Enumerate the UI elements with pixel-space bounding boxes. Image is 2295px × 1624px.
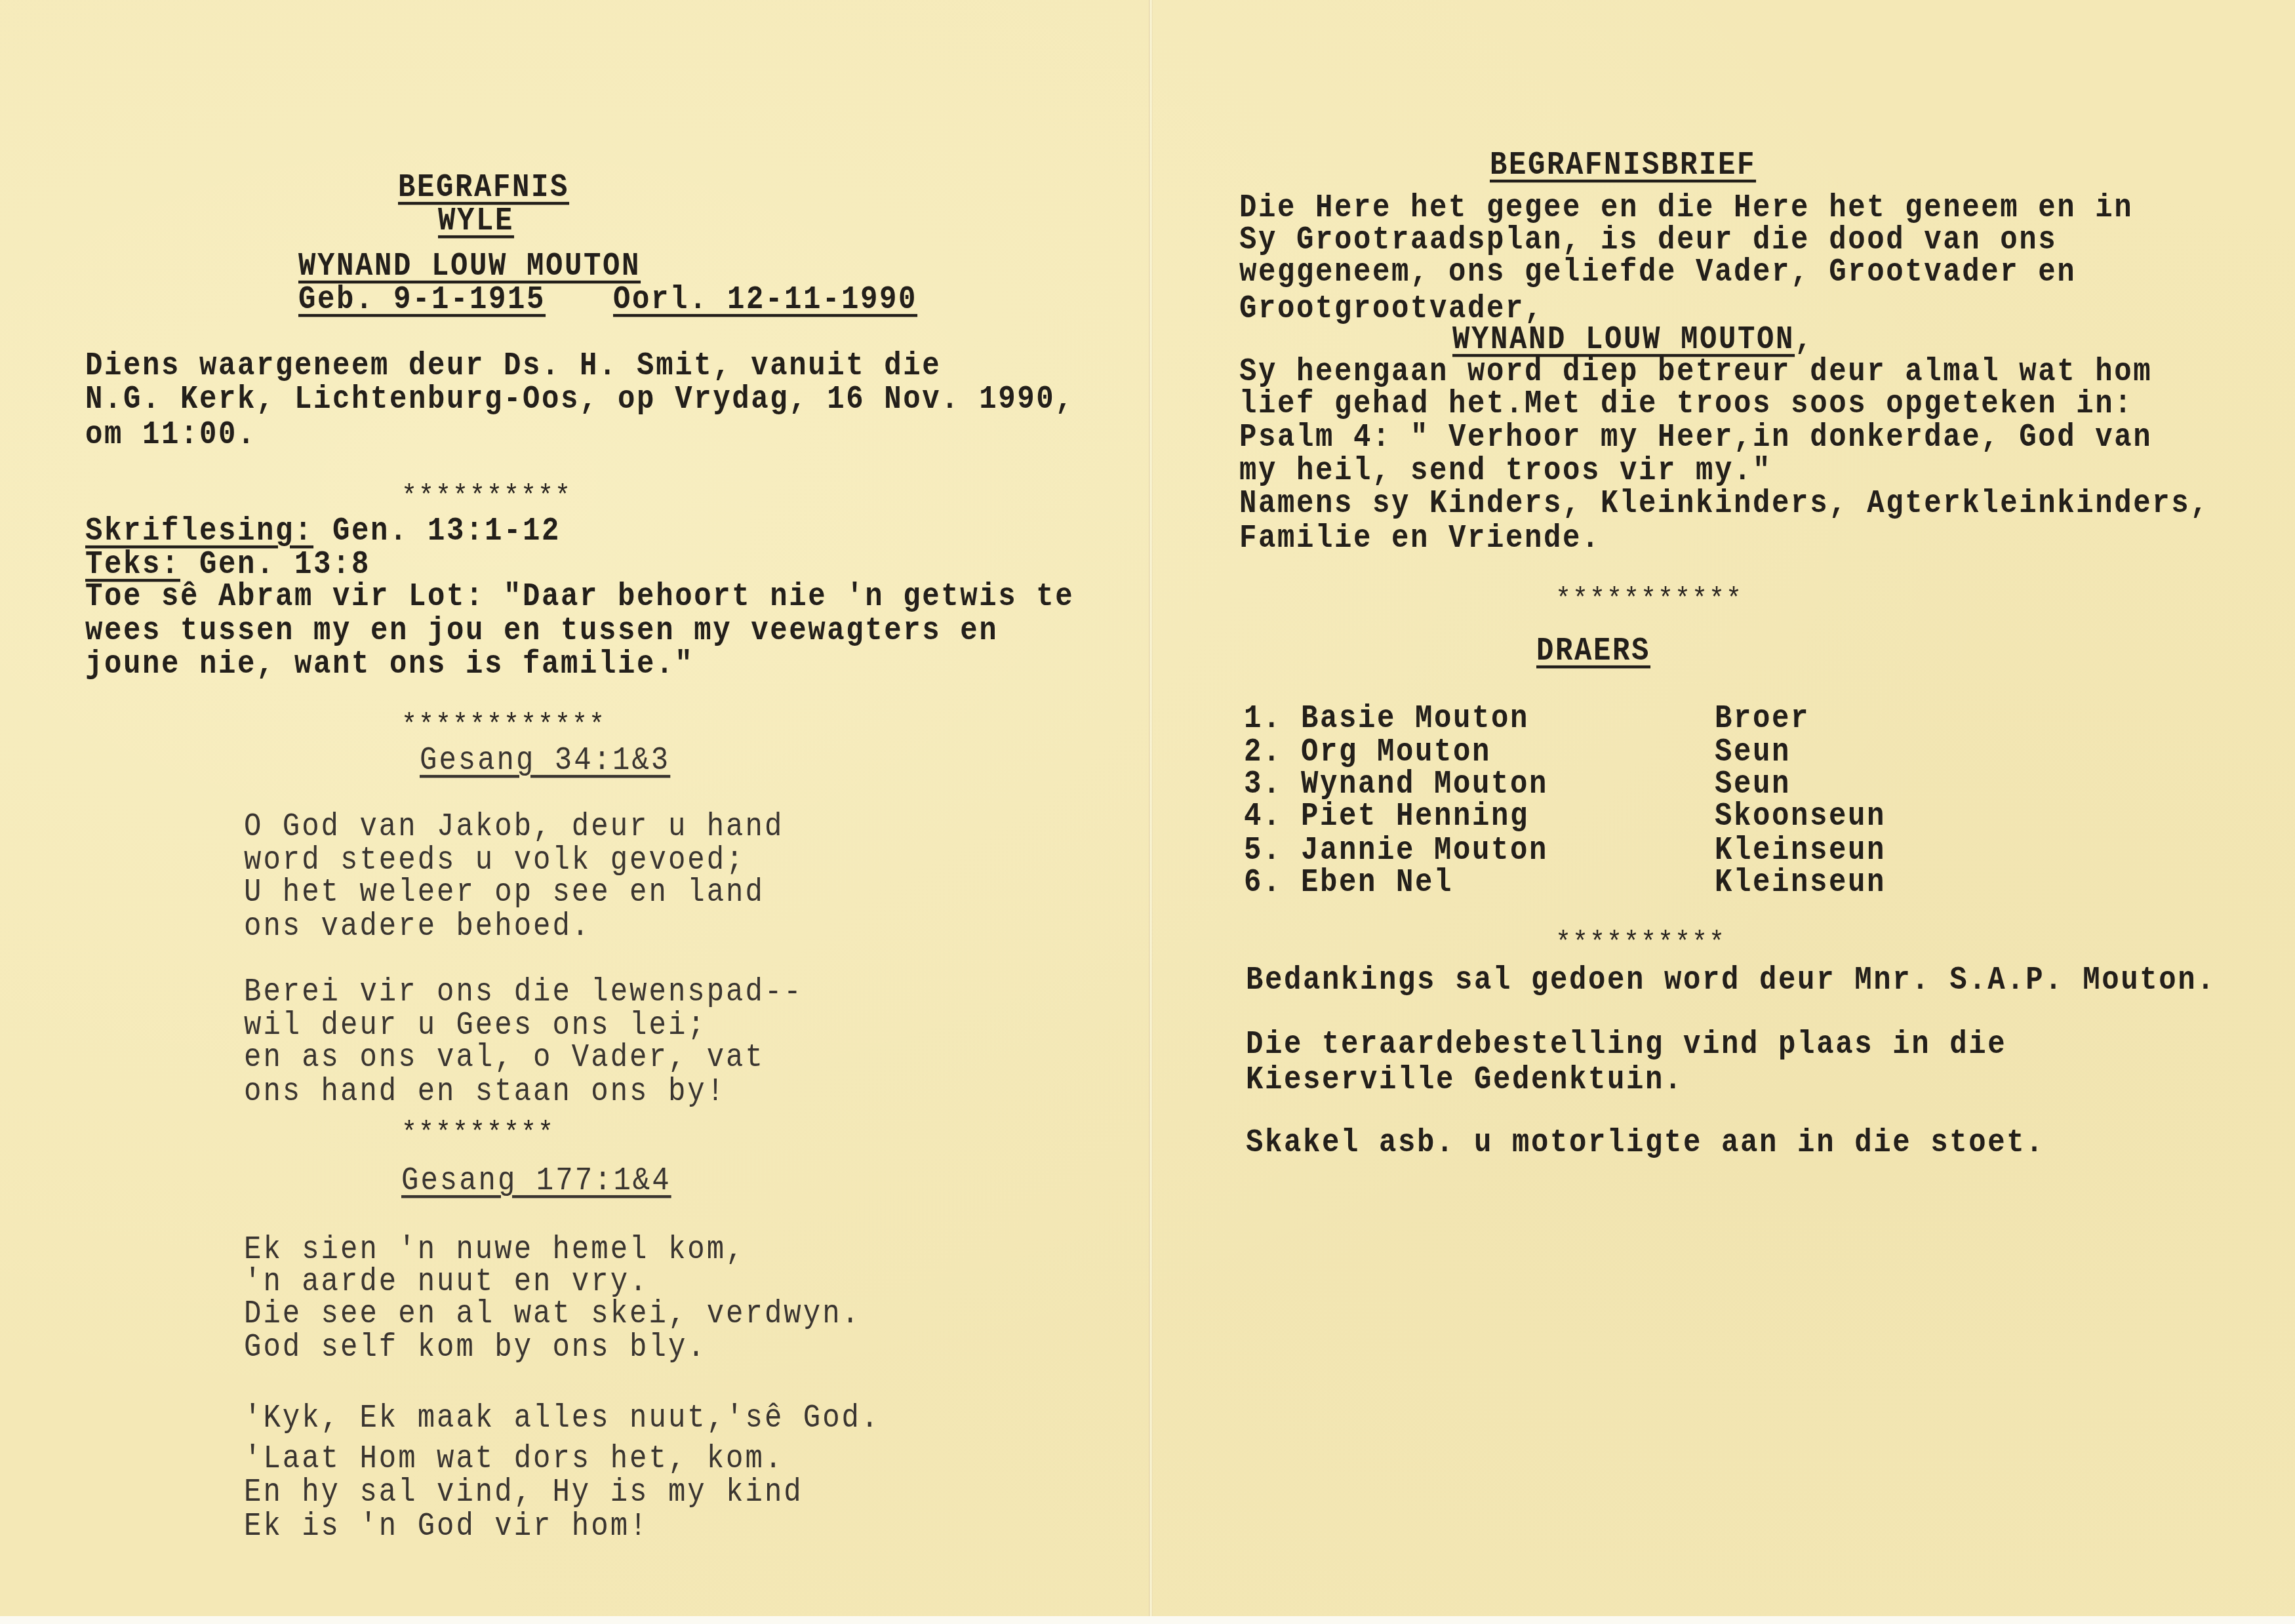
service-line: N.G. Kerk, Lichtenburg-Oos, op Vrydag, 1… <box>85 384 1074 416</box>
hymn-2-line: 'n aarde nuut en vry. <box>244 1266 649 1298</box>
separator: ********** <box>401 481 572 513</box>
letter-line: Sy Grootraadsplan, is deur die dood van … <box>1239 224 2057 256</box>
letter-line: Die Here het gegee en die Here het genee… <box>1239 192 2133 224</box>
letter-line: Sy heengaan word diep betreur deur almal… <box>1239 356 2152 388</box>
hymn-1-line: Berei vir ons die lewenspad-- <box>244 976 803 1008</box>
letter-line: my heil, send troos vir my." <box>1239 455 1772 487</box>
scripture-reading: Skriflesing: Gen. 13:1-12 <box>85 515 561 547</box>
letter-line: lief gehad het.Met die troos soos opgete… <box>1239 388 2133 420</box>
separator: *********** <box>1555 584 1743 616</box>
page-fold <box>1149 0 1153 1616</box>
bearer-relation: Skoonseun <box>1715 801 1886 833</box>
separator: ************ <box>401 710 606 742</box>
bearer-name: 6. Eben Nel <box>1244 867 1453 899</box>
bearer-name: 1. Basie Mouton <box>1244 703 1529 735</box>
scripture-label: Skriflesing: <box>85 513 313 550</box>
burial-line: Die teraardebestelling vind plaas in die <box>1246 1029 2006 1061</box>
text-value: Gen. 13:8 <box>180 547 370 584</box>
funeral-subtitle: WYLE <box>438 205 514 237</box>
letter-line: weggeneem, ons geliefde Vader, Grootvade… <box>1239 256 2076 288</box>
quote-line: wees tussen my en jou en tussen my veewa… <box>85 615 998 647</box>
hymn-2-line: En hy sal vind, Hy is my kind <box>244 1476 803 1509</box>
letter-line: Psalm 4: " Verhoor my Heer,in donkerdae,… <box>1239 422 2152 454</box>
funeral-title: BEGRAFNIS <box>398 172 569 204</box>
bearer-name: 5. Jannie Mouton <box>1244 835 1548 867</box>
bearer-relation: Seun <box>1715 768 1791 801</box>
separator: ********** <box>1555 928 1726 960</box>
hymn-1-line: O God van Jakob, deur u hand <box>244 811 784 843</box>
hymn-2-line: Ek sien 'n nuwe hemel kom, <box>244 1234 746 1266</box>
hymn-1-line: ons vadere behoed. <box>244 911 591 943</box>
letter-name-comma: , <box>1795 322 1814 359</box>
bearer-name: 3. Wynand Mouton <box>1244 768 1548 801</box>
hymn-2-line: God self kom by ons bly. <box>244 1332 707 1364</box>
sermon-text: Teks: Gen. 13:8 <box>85 549 370 581</box>
service-line: Diens waargeneem deur Ds. H. Smit, vanui… <box>85 350 941 382</box>
hymn-1-title: Gesang 34:1&3 <box>420 745 670 777</box>
headlights-note: Skakel asb. u motorligte aan in die stoe… <box>1246 1127 2045 1159</box>
text-label: Teks: <box>85 547 180 584</box>
deceased-name: WYNAND LOUW MOUTON <box>298 250 641 283</box>
bearer-name: 4. Piet Henning <box>1244 801 1529 833</box>
hymn-1-line: wil deur u Gees ons lei; <box>244 1010 707 1042</box>
bearer-relation: Broer <box>1715 703 1810 735</box>
bearers-title: DRAERS <box>1536 635 1650 667</box>
hymn-2-title: Gesang 177:1&4 <box>401 1165 671 1197</box>
letter-line: Namens sy Kinders, Kleinkinders, Agterkl… <box>1239 488 2209 520</box>
scan-edge <box>0 1616 2295 1624</box>
letter-line: Familie en Vriende. <box>1239 523 1601 555</box>
hymn-1-line: en as ons val, o Vader, vat <box>244 1042 765 1074</box>
hymn-1-line: ons hand en staan ons by! <box>244 1076 726 1108</box>
burial-line: Kieserville Gedenktuin. <box>1246 1064 1683 1096</box>
hymn-2-line: Ek is 'n God vir hom! <box>244 1511 649 1543</box>
quote-line: joune nie, want ons is familie." <box>85 648 694 681</box>
letter-name: WYNAND LOUW MOUTON <box>1452 322 1795 359</box>
letter-title: BEGRAFNISBRIEF <box>1490 149 1756 182</box>
hymn-2-line: Die see en al wat skei, verdwyn. <box>244 1298 861 1330</box>
hymn-2-line: 'Kyk, Ek maak alles nuut,'sê God. <box>244 1402 880 1435</box>
bearer-relation: Kleinseun <box>1715 835 1886 867</box>
separator: ********* <box>401 1118 555 1150</box>
bearer-relation: Kleinseun <box>1715 867 1886 899</box>
hymn-1-line: word steeds u volk gevoed; <box>244 844 746 877</box>
hymn-2-line: 'Laat Hom wat dors het, kom. <box>244 1443 784 1475</box>
bearer-relation: Seun <box>1715 736 1791 768</box>
thanks-note: Bedankings sal gedoen word deur Mnr. S.A… <box>1246 964 2216 997</box>
letter-deceased-name: WYNAND LOUW MOUTON, <box>1452 324 1814 356</box>
scripture-value: Gen. 13:1-12 <box>313 513 561 550</box>
bearer-name: 2. Org Mouton <box>1244 736 1491 768</box>
letter-line: Grootgrootvader, <box>1239 293 1544 325</box>
quote-line: Toe sê Abram vir Lot: "Daar behoort nie … <box>85 581 1074 613</box>
birth-date: Geb. 9-1-1915 <box>298 284 546 316</box>
hymn-1-line: U het weleer op see en land <box>244 877 765 909</box>
service-line: om 11:00. <box>85 419 256 451</box>
death-date: Oorl. 12-11-1990 <box>613 284 917 316</box>
